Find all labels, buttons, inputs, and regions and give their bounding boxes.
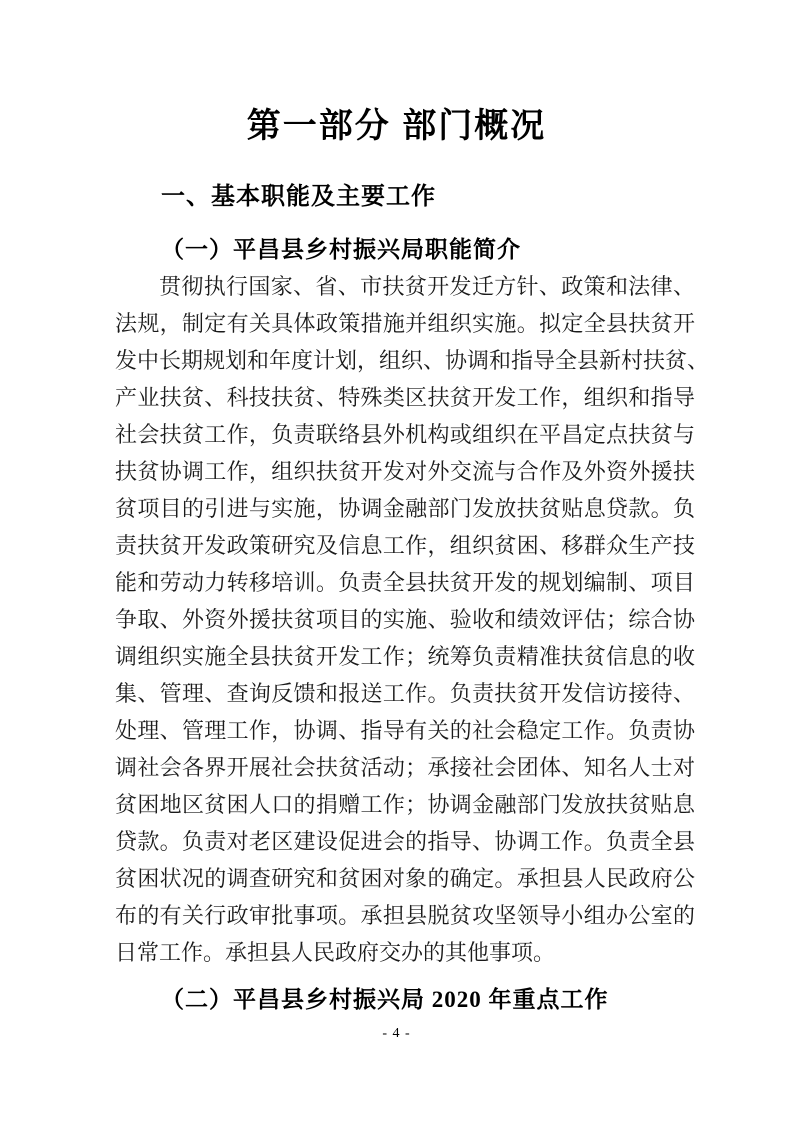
paragraph-line: 贷款。负责对老区建设促进会的指导、协调工作。负责全县: [115, 823, 695, 860]
section-heading-basic-functions: 一、基本职能及主要工作: [161, 176, 436, 211]
paragraph-line: 贫困状况的调查研究和贫困对象的确定。承担县人民政府公: [115, 860, 695, 897]
subsection-heading-2020-key-work: （二）平昌县乡村振兴局 2020 年重点工作: [161, 981, 609, 1014]
paragraph-line: 发中长期规划和年度计划，组织、协调和指导全县新村扶贫、: [115, 342, 695, 379]
paragraph-line: 产业扶贫、科技扶贫、特殊类区扶贫开发工作，组织和指导: [115, 379, 695, 416]
paragraph-line: 能和劳动力转移培训。负责全县扶贫开发的规划编制、项目: [115, 564, 695, 601]
functions-paragraph: 贯彻执行国家、省、市扶贫开发迁方针、政策和法律、法规，制定有关具体政策措施并组织…: [115, 268, 695, 971]
paragraph-line: 调组织实施全县扶贫开发工作；统筹负责精准扶贫信息的收: [115, 638, 695, 675]
document-page: 第一部分 部门概况 一、基本职能及主要工作 （一）平昌县乡村振兴局职能简介 贯彻…: [0, 0, 793, 1122]
paragraph-line: 社会扶贫工作，负责联络县外机构或组织在平昌定点扶贫与: [115, 416, 695, 453]
paragraph-line: 布的有关行政审批事项。承担县脱贫攻坚领导小组办公室的: [115, 897, 695, 934]
subsection-heading-functions-intro: （一）平昌县乡村振兴局职能简介: [161, 231, 521, 264]
paragraph-line: 日常工作。承担县人民政府交办的其他事项。: [115, 934, 695, 971]
paragraph-line: 扶贫协调工作，组织扶贫开发对外交流与合作及外资外援扶: [115, 453, 695, 490]
document-title: 第一部分 部门概况: [0, 98, 793, 147]
paragraph-line: 贯彻执行国家、省、市扶贫开发迁方针、政策和法律、: [115, 268, 695, 305]
page-number: - 4 -: [0, 1026, 793, 1042]
paragraph-line: 集、管理、查询反馈和报送工作。负责扶贫开发信访接待、: [115, 675, 695, 712]
paragraph-line: 调社会各界开展社会扶贫活动；承接社会团体、知名人士对: [115, 749, 695, 786]
paragraph-line: 争取、外资外援扶贫项目的实施、验收和绩效评估；综合协: [115, 601, 695, 638]
paragraph-line: 贫困地区贫困人口的捐赠工作；协调金融部门发放扶贫贴息: [115, 786, 695, 823]
paragraph-line: 贫项目的引进与实施，协调金融部门发放扶贫贴息贷款。负: [115, 490, 695, 527]
paragraph-line: 处理、管理工作，协调、指导有关的社会稳定工作。负责协: [115, 712, 695, 749]
paragraph-line: 责扶贫开发政策研究及信息工作，组织贫困、移群众生产技: [115, 527, 695, 564]
paragraph-line: 法规，制定有关具体政策措施并组织实施。拟定全县扶贫开: [115, 305, 695, 342]
